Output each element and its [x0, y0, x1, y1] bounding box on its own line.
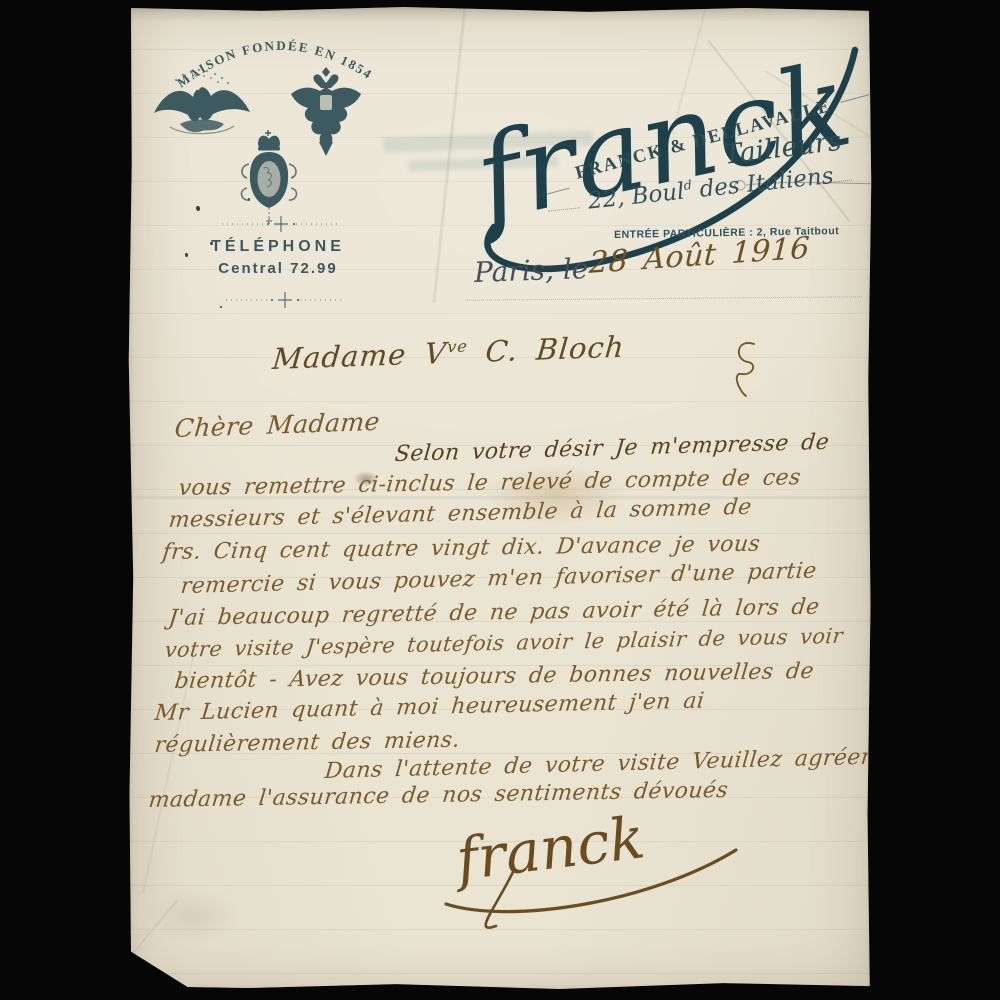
body-line: Selon votre désir Je m'empresse de	[394, 430, 831, 467]
telephone-label: TÉLÉPHONE	[168, 238, 388, 256]
recipient-pre: Madame V	[271, 336, 448, 376]
sunburst-dots	[175, 69, 229, 84]
body-line: messieurs et s'élevant ensemble à la som…	[167, 495, 752, 533]
ornament-cross-icon	[216, 214, 346, 234]
body-line: remercie si vous pouvez m'en favoriser d…	[180, 559, 818, 599]
paper-stain	[148, 886, 238, 946]
date-rule	[466, 296, 862, 300]
signature-text: franck	[449, 803, 649, 894]
paraph-flourish	[724, 338, 768, 404]
crowned-coat-of-arms-icon	[234, 128, 304, 226]
body-line: votre visite J'espère toutefois avoir le…	[164, 624, 845, 662]
ink-speck	[196, 206, 200, 211]
photo-background: { "colors": { "background": "#000000", "…	[0, 0, 1000, 1000]
body-line: bientôt - Avez vous toujours de bonnes n…	[173, 659, 815, 694]
letter-paper: MAISON FONDÉE EN 1854	[128, 6, 872, 991]
body-line: frs. Cinq cent quatre vingt dix. D'avanc…	[161, 532, 761, 565]
recipient-post: C. Bloch	[466, 330, 626, 369]
recipient-line: Madame Vve C. Bloch	[271, 330, 626, 376]
recipient-superscript: ve	[447, 337, 469, 357]
telephone-number: Central 72.99	[168, 260, 388, 277]
salutation: Chère Madame	[173, 407, 381, 443]
paper-edge-shadow	[128, 6, 872, 22]
dateline-printed: Paris, le	[473, 252, 588, 289]
ornament-cross-icon	[220, 290, 350, 310]
signature-block: franck	[418, 792, 758, 932]
body-line: Mr Lucien quant à moi heureusement j'en …	[153, 689, 705, 726]
body-line: régulièrement des miens.	[153, 728, 461, 758]
